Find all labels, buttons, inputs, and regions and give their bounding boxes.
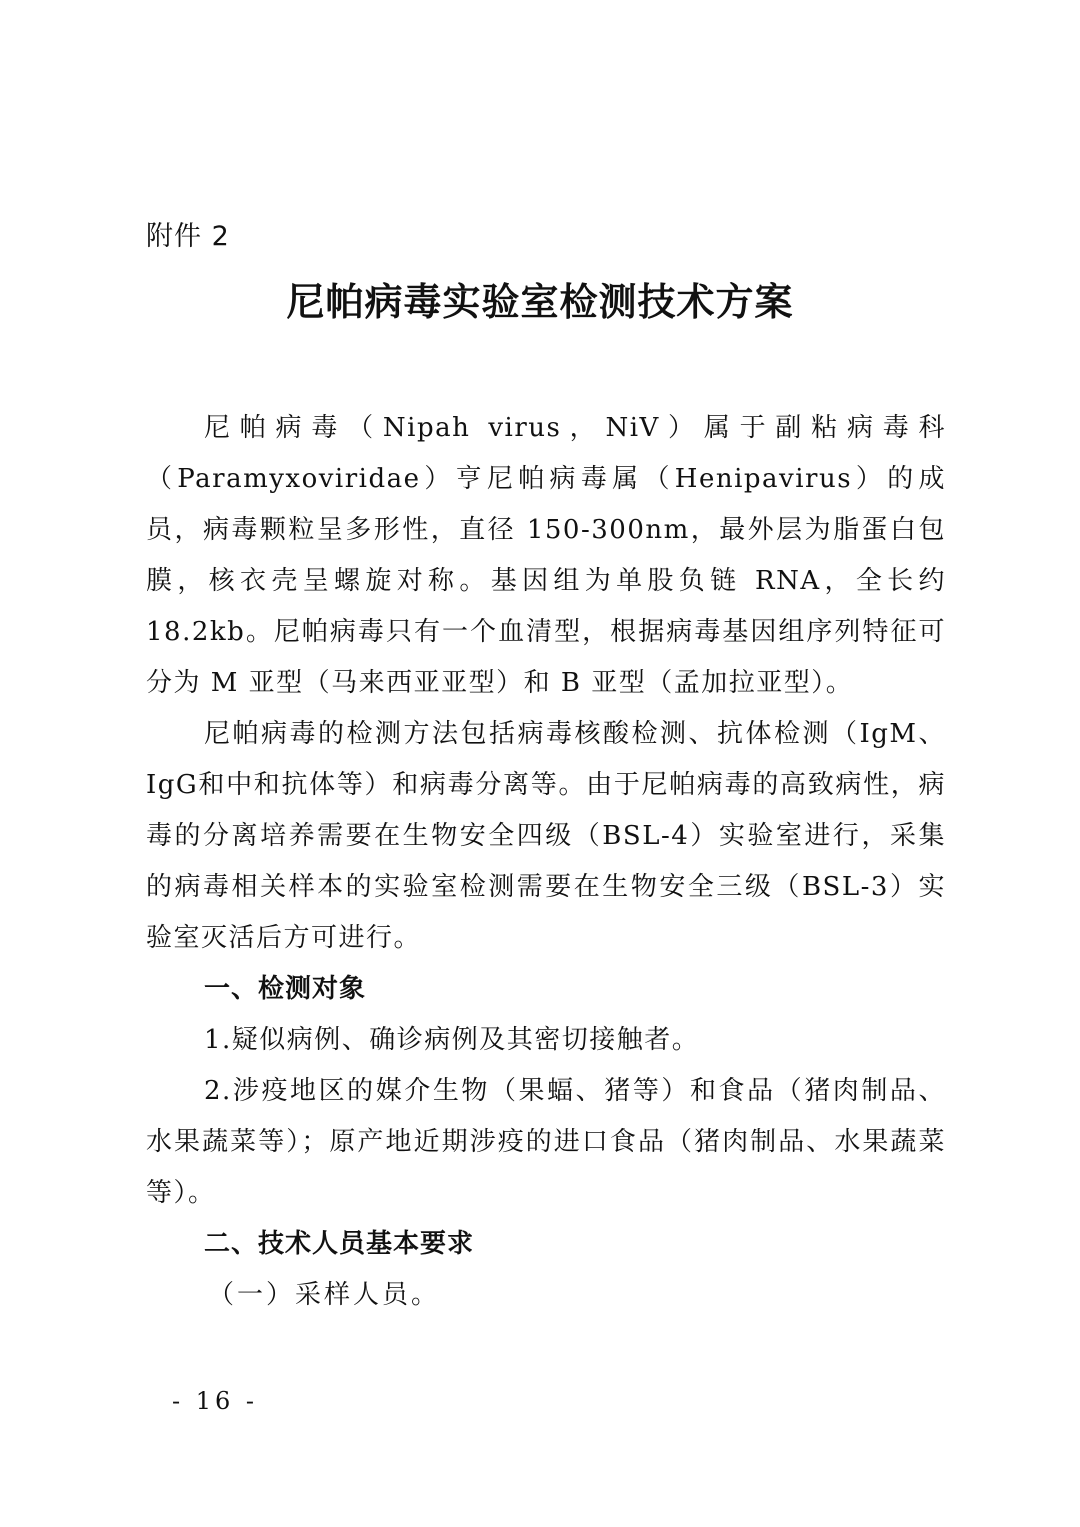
detection-target-item-2: 2.涉疫地区的媒介生物（果蝠、猪等）和食品（猪肉制品、水果蔬菜等）；原产地近期涉… (146, 1066, 946, 1219)
subheading-sampling-staff: （一）采样人员。 (146, 1270, 946, 1321)
intro-paragraph: 尼帕病毒（Nipah virus，NiV）属于副粘病毒科（Paramyxovir… (146, 403, 946, 709)
page-number: - 16 - (172, 1386, 258, 1416)
section-heading-staff-requirements: 二、技术人员基本要求 (146, 1219, 946, 1270)
detection-target-item-1: 1.疑似病例、确诊病例及其密切接触者。 (146, 1015, 946, 1066)
detection-methods-paragraph: 尼帕病毒的检测方法包括病毒核酸检测、抗体检测（IgM、IgG和中和抗体等）和病毒… (146, 709, 946, 964)
attachment-label: 附件 2 (146, 217, 230, 257)
document-title: 尼帕病毒实验室检测技术方案 (0, 272, 1080, 332)
document-body: 尼帕病毒（Nipah virus，NiV）属于副粘病毒科（Paramyxovir… (146, 403, 946, 1321)
section-heading-detection-targets: 一、检测对象 (146, 964, 946, 1015)
document-page: 附件 2 尼帕病毒实验室检测技术方案 尼帕病毒（Nipah virus，NiV）… (0, 0, 1080, 1527)
